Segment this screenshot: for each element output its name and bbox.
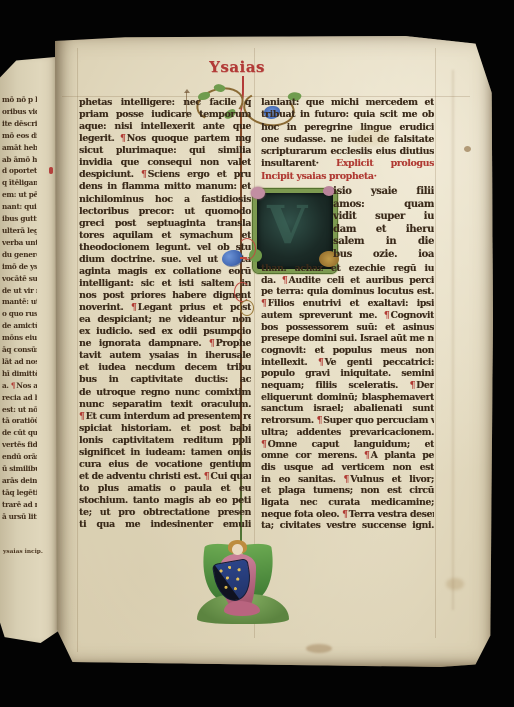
text-line: Incipit ysaias propheta· xyxy=(261,171,434,183)
text-line: pe terra: quia dominus locutus est. xyxy=(261,286,434,298)
text-column-right-top: laniant: que michi mercedem ettribuat in… xyxy=(261,97,434,183)
text-line: significet in iudeam: tamen omis xyxy=(79,447,251,459)
text-line: invidia que consequi non valet xyxy=(79,157,251,169)
text-line: bus in captivitate ductis: ac xyxy=(79,374,251,386)
text-line: et plaga tumens; non est circū xyxy=(261,485,434,497)
text-line: mōns eius vī xyxy=(2,332,37,344)
text-line: tā oratiōū ut xyxy=(2,415,37,427)
text-line: retrorsum. ¶Super quo percuciam vos xyxy=(261,415,434,427)
text-line: q ītēligant xyxy=(2,177,37,189)
text-line: omne cor merens. ¶A planta pe xyxy=(261,450,434,462)
text-line: et iudea necdum decem tribu xyxy=(79,362,251,374)
text-line: ti qua me indesinenter emuli xyxy=(79,519,251,531)
text-line: de utroque regno nunc comixtim xyxy=(79,387,251,399)
parchment-crease xyxy=(452,70,454,610)
text-line: bos possessorem suū: et asinus xyxy=(261,322,434,334)
text-line: hī dimittēt xyxy=(2,368,37,380)
text-line: autem spreverunt me. ¶Cognovit xyxy=(261,310,434,322)
text-line: tavit autem ysaias in iherusale xyxy=(79,350,251,362)
text-line: endū orāre p xyxy=(2,451,37,463)
text-line: tores aquilam et symachum et xyxy=(79,230,251,242)
running-title: Ysaias xyxy=(182,58,292,76)
text-line: est: ut nō dū xyxy=(2,404,37,416)
text-line: ¶Omne caput languidum; et xyxy=(261,439,434,451)
manuscript-photo: mō nō p hocoribus vidērite dēscripsitmō … xyxy=(0,0,514,707)
text-line: da. ¶Audite celi et auribus perci xyxy=(261,275,434,287)
text-column-left: phetas intelligere: nec facile qpriam po… xyxy=(79,97,251,531)
text-beside-initial: isio ysaie filiiamos: quamvidit super iu… xyxy=(333,186,434,262)
text-line: de amictū: et ē xyxy=(2,320,37,332)
text-line: a. ¶Nos autē xyxy=(2,380,37,392)
parchment-stain xyxy=(464,146,471,152)
text-line: d oportet eos xyxy=(2,165,37,177)
text-line: greci post septuaginta transla xyxy=(79,218,251,230)
text-line: ne ignorata dampnare. ¶Prophe xyxy=(79,338,251,350)
text-line: spiciat historiam. et post babi xyxy=(79,423,251,435)
text-line: intellexit. ¶Ve genti peccatrici: xyxy=(261,357,434,369)
angel-face xyxy=(232,544,243,555)
facing-page-signature: ysaias incip. xyxy=(3,549,43,555)
initial-letter: V xyxy=(267,195,307,256)
text-line: in eo sanitas. ¶Vulnus et livor; xyxy=(261,474,434,486)
text-line: than. achaz et ezechie regū iu xyxy=(261,263,434,275)
text-line: aginta magis ex collatione eorū xyxy=(79,266,251,278)
text-line: amos: quam xyxy=(333,199,434,212)
text-line: laniant: que michi mercedem et xyxy=(261,97,434,109)
text-line: ¶Et cum interdum ad presentem re xyxy=(79,411,251,423)
text-line: insultarent· Explicit prologus xyxy=(261,158,434,170)
text-line: cognovit: et populus meus non xyxy=(261,345,434,357)
text-line: lectoribus precor: ut quomodo xyxy=(79,206,251,218)
text-line: noverint. ¶Legant prius et post xyxy=(79,302,251,314)
text-line: arās deinceps xyxy=(2,475,37,487)
parchment-stain xyxy=(306,644,332,653)
text-line: ulterā legēdū xyxy=(2,225,37,237)
text-line: tribuat in futuro: quia scit me ob xyxy=(261,109,434,121)
text-line: sicut plurimaque: qui similia xyxy=(79,145,251,157)
text-line: ab āmō habēt xyxy=(2,154,37,166)
text-line: lonis captivitatem reditum ppli xyxy=(79,435,251,447)
illuminated-initial: V xyxy=(253,189,337,273)
text-line: cura eius de vocatione gentium xyxy=(79,459,251,471)
text-line: dens in flamma mitto manum: et xyxy=(79,181,251,193)
text-line: nichilominus hoc a fastidiosis xyxy=(79,194,251,206)
text-line: intelligant: sic et isti saltem in xyxy=(79,278,251,290)
text-line: ea despiciant; ne videantur non xyxy=(79,314,251,326)
text-line: sanctum israel; abalienati sunt xyxy=(261,403,434,415)
text-line: trarē ad nūpciā xyxy=(2,499,37,511)
text-line: oribus vidēr xyxy=(2,106,37,118)
text-line: vidit super iu xyxy=(333,211,434,224)
text-line: isio ysaie filii xyxy=(333,186,434,199)
ruling-line xyxy=(77,48,78,652)
text-line: dis usque ad verticem non est xyxy=(261,462,434,474)
initial-corner-accent xyxy=(251,187,265,199)
text-line: te; ut pro obtrectatione presen xyxy=(79,507,251,519)
text-line: aque: nisi intellexerit ante que xyxy=(79,121,251,133)
text-line: hoc in peregrine lingue erudici xyxy=(261,122,434,134)
text-line: ū similibus et xyxy=(2,463,37,475)
text-line: em: ut pēta fiāt xyxy=(2,189,37,201)
text-line: salem in die xyxy=(333,236,434,249)
text-line: lāt ad nostrā xyxy=(2,356,37,368)
text-column-right-bottom: than. achaz et ezechie regū iuda. ¶Audit… xyxy=(261,263,434,532)
text-line: verba untq vō xyxy=(2,237,37,249)
text-line: ligata nec curata medicamine; xyxy=(261,497,434,509)
text-line: ultra; addentes prevaricacionem. xyxy=(261,427,434,439)
text-line: amāt hebreos xyxy=(2,142,37,154)
text-line: dam et iheru xyxy=(333,224,434,237)
text-line: et de adventu christi est. ¶Cui quan xyxy=(79,471,251,483)
text-line: eliquerunt dominū; blasphemavert xyxy=(261,392,434,404)
text-line: legerit. ¶Nos quoque partem mg xyxy=(79,133,251,145)
text-line: bus ozie. ioa xyxy=(333,249,434,262)
text-line: recia ad hūc xyxy=(2,392,37,404)
text-line: nos post priores habere dignent xyxy=(79,290,251,302)
text-line: populo gravi iniquitate. semini xyxy=(261,368,434,380)
text-line: phetas intelligere: nec facile q xyxy=(79,97,251,109)
facing-page-text-fragments: mō nō p hocoribus vidērite dēscripsitmō … xyxy=(2,94,37,523)
text-line: imō de ysaia xyxy=(2,261,37,273)
ruling-line xyxy=(435,48,436,638)
text-line: nequam; filiis sceleratis. ¶Der xyxy=(261,380,434,392)
text-line: ite dēscripsit xyxy=(2,118,37,130)
parchment-stain xyxy=(350,128,390,146)
text-line: o quo rusticā xyxy=(2,308,37,320)
text-line: stochium. tanto magis ab eo peti xyxy=(79,495,251,507)
text-line: nant: qui unq xyxy=(2,201,37,213)
text-line: tāq legētis ad xyxy=(2,487,37,499)
text-line: vertēs fide s xyxy=(2,439,37,451)
text-line: ibus guttulis xyxy=(2,213,37,225)
text-line: ta; civitates vestre succense igni. xyxy=(261,520,434,532)
text-line: one sudasse. ne iudei de falsitate xyxy=(261,134,434,146)
pen-flourish xyxy=(234,282,250,302)
text-line: āq consūmat xyxy=(2,344,37,356)
text-line: presepe domini sui. Israel aūt me nō xyxy=(261,333,434,345)
text-line: ¶Filios enutrivi et exaltavi: ipsi xyxy=(261,298,434,310)
text-line: priam posse iudicare temporum xyxy=(79,109,251,121)
text-line: to plus amatis o paula et eu xyxy=(79,483,251,495)
facing-page-edge: mō nō p hocoribus vidērite dēscripsitmō … xyxy=(0,57,58,643)
text-line: de ut vir nobilis xyxy=(2,285,37,297)
text-line: ā ursū litterās xyxy=(2,511,37,523)
text-line: de cūt quoq xyxy=(2,427,37,439)
text-line: vocātē sua dīcat xyxy=(2,273,37,285)
text-line: despiciunt. ¶Sciens ergo et pru xyxy=(79,169,251,181)
pen-flourish xyxy=(240,300,254,316)
text-line: mō eos dicūt xyxy=(2,130,37,142)
text-line: mō nō p hoc xyxy=(2,94,37,106)
quire-mark xyxy=(49,167,53,174)
text-line: mantē: ut habʒ xyxy=(2,296,37,308)
text-line: scripturarum ecclesiis eius diutius xyxy=(261,146,434,158)
text-line: ex iudicio. sed ex odii psumpcio xyxy=(79,326,251,338)
parchment-stain xyxy=(446,578,464,590)
text-line: nunc separatim texit oraculum. xyxy=(79,399,251,411)
text-line: du genere sōnū xyxy=(2,249,37,261)
text-line: neque fota oleo. ¶Terra vestra deser xyxy=(261,509,434,521)
